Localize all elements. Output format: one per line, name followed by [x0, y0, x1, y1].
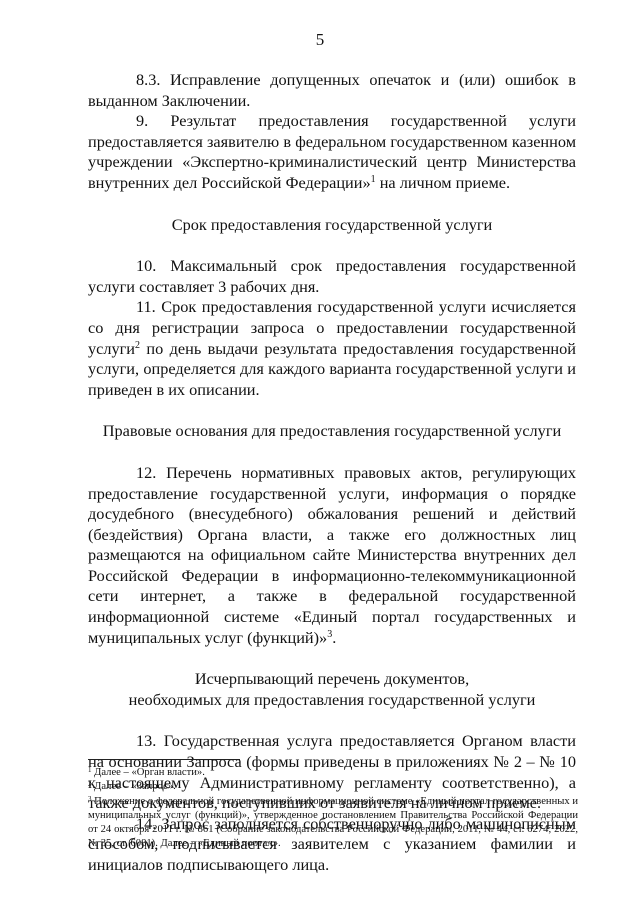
footnote-text: Далее – «Запрос». — [92, 781, 176, 792]
paragraph-12-tail: . — [332, 628, 336, 647]
footnote-2: 2 Далее – «Запрос». — [88, 780, 578, 794]
paragraph-12: 12. Перечень нормативных правовых актов,… — [88, 463, 576, 648]
paragraph-10: 10. Максимальный срок предоставления гос… — [88, 256, 576, 297]
footnote-3: 3 Положение о федеральной государственно… — [88, 795, 578, 852]
document-body: 8.3. Исправление допущенных опечаток и (… — [88, 70, 576, 876]
section-heading-documents-line-2: необходимых для предоставления государст… — [88, 690, 576, 711]
paragraph-8-3: 8.3. Исправление допущенных опечаток и (… — [88, 70, 576, 111]
section-heading-term: Срок предоставления государственной услу… — [88, 215, 576, 236]
section-heading-legal: Правовые основания для предоставления го… — [88, 421, 576, 442]
page-number: 5 — [0, 30, 640, 50]
paragraph-9-tail: на личном приеме. — [376, 173, 510, 192]
footnotes: 1 Далее – «Орган власти». 2 Далее – «Зап… — [88, 766, 578, 852]
section-heading-documents-line-1: Исчерпывающий перечень документов, — [88, 669, 576, 690]
footnote-1: 1 Далее – «Орган власти». — [88, 766, 578, 780]
footnote-separator — [88, 759, 240, 760]
section-heading-documents: Исчерпывающий перечень документов, необх… — [88, 669, 576, 710]
paragraph-12-text: 12. Перечень нормативных правовых актов,… — [88, 463, 576, 647]
paragraph-9: 9. Результат предоставления государствен… — [88, 111, 576, 193]
footnote-text: Далее – «Орган власти». — [92, 767, 205, 778]
paragraph-11: 11. Срок предоставления государственной … — [88, 297, 576, 400]
footnote-text: Положение о федеральной государственной … — [88, 796, 578, 850]
paragraph-11-tail: по день выдачи результата предоставления… — [88, 339, 576, 399]
